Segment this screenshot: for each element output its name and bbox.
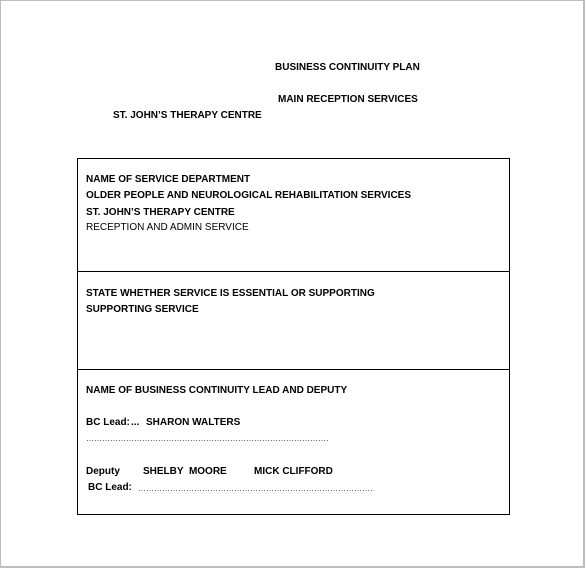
deputy-signature-line: …………………………………………………………………………………………………………… <box>138 484 374 494</box>
deputy-label: Deputy <box>86 466 120 478</box>
service-department-line: OLDER PEOPLE AND NEUROLOGICAL REHABILITA… <box>86 190 411 202</box>
bc-lead-prefix: ... <box>131 417 139 429</box>
bc-lead-name: SHARON WALTERS <box>146 417 240 429</box>
bc-lead-label: BC Lead: <box>86 417 130 429</box>
leads-heading: NAME OF BUSINESS CONTINUITY LEAD AND DEP… <box>86 385 347 397</box>
service-type-heading: STATE WHETHER SERVICE IS ESSENTIAL OR SU… <box>86 288 375 300</box>
organization-name: ST. JOHN’S THERAPY CENTRE <box>113 110 262 122</box>
section-divider <box>77 369 510 370</box>
service-department-line: ST. JOHN’S THERAPY CENTRE <box>86 207 235 219</box>
bc-lead-signature-line: …………………………………………………………………………………………………………… <box>86 434 329 444</box>
service-type-value: SUPPORTING SERVICE <box>86 304 199 316</box>
document-subtitle: MAIN RECEPTION SERVICES <box>278 94 418 106</box>
document-title: BUSINESS CONTINUITY PLAN <box>275 62 420 74</box>
section-divider <box>77 271 510 272</box>
deputy-name: MICK CLIFFORD <box>254 466 333 478</box>
service-department-heading: NAME OF SERVICE DEPARTMENT <box>86 174 250 186</box>
service-department-line: RECEPTION AND ADMIN SERVICE <box>86 222 249 234</box>
deputy-name: SHELBY MOORE <box>143 466 227 478</box>
deputy-bc-lead-label: BC Lead: <box>88 482 132 494</box>
